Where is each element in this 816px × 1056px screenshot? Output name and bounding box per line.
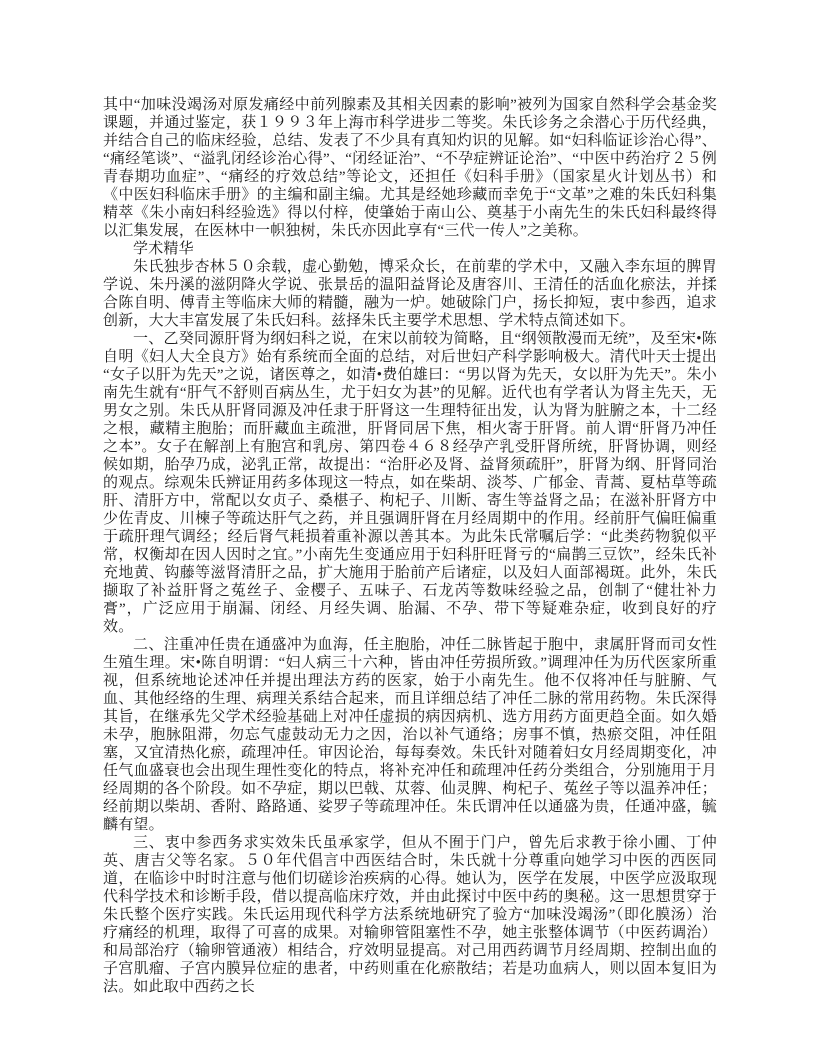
- section-heading-academic-essence: 学术精华: [103, 240, 717, 258]
- paragraph-overview: 朱氏独步杏林５０余载，虚心勤勉，博采众长，在前辈的学术中，又融入李东垣的脾胃学说…: [103, 258, 717, 330]
- paragraph-continuation: 其中“加味没竭汤对原发痛经中前列腺素及其相关因素的影响”被列为国家自然科学会基金…: [103, 96, 717, 240]
- document-page: 其中“加味没竭汤对原发痛经中前列腺素及其相关因素的影响”被列为国家自然科学会基金…: [0, 0, 816, 1056]
- paragraph-point-three: 三、衷中参西务求实效朱氏虽承家学，但从不囿于门户，曾先后求教于徐小圃、丁仲英、唐…: [103, 834, 717, 996]
- paragraph-point-one: 一、乙癸同源肝肾为纲妇科之说，在宋以前较为简略，且“纲领散漫而无统”，及至宋•陈…: [103, 330, 717, 636]
- document-body: 其中“加味没竭汤对原发痛经中前列腺素及其相关因素的影响”被列为国家自然科学会基金…: [103, 96, 717, 996]
- paragraph-point-two: 二、注重冲任贵在通盛冲为血海，任主胞胎，冲任二脉皆起于胞中，隶属肝肾而司女性生殖…: [103, 636, 717, 834]
